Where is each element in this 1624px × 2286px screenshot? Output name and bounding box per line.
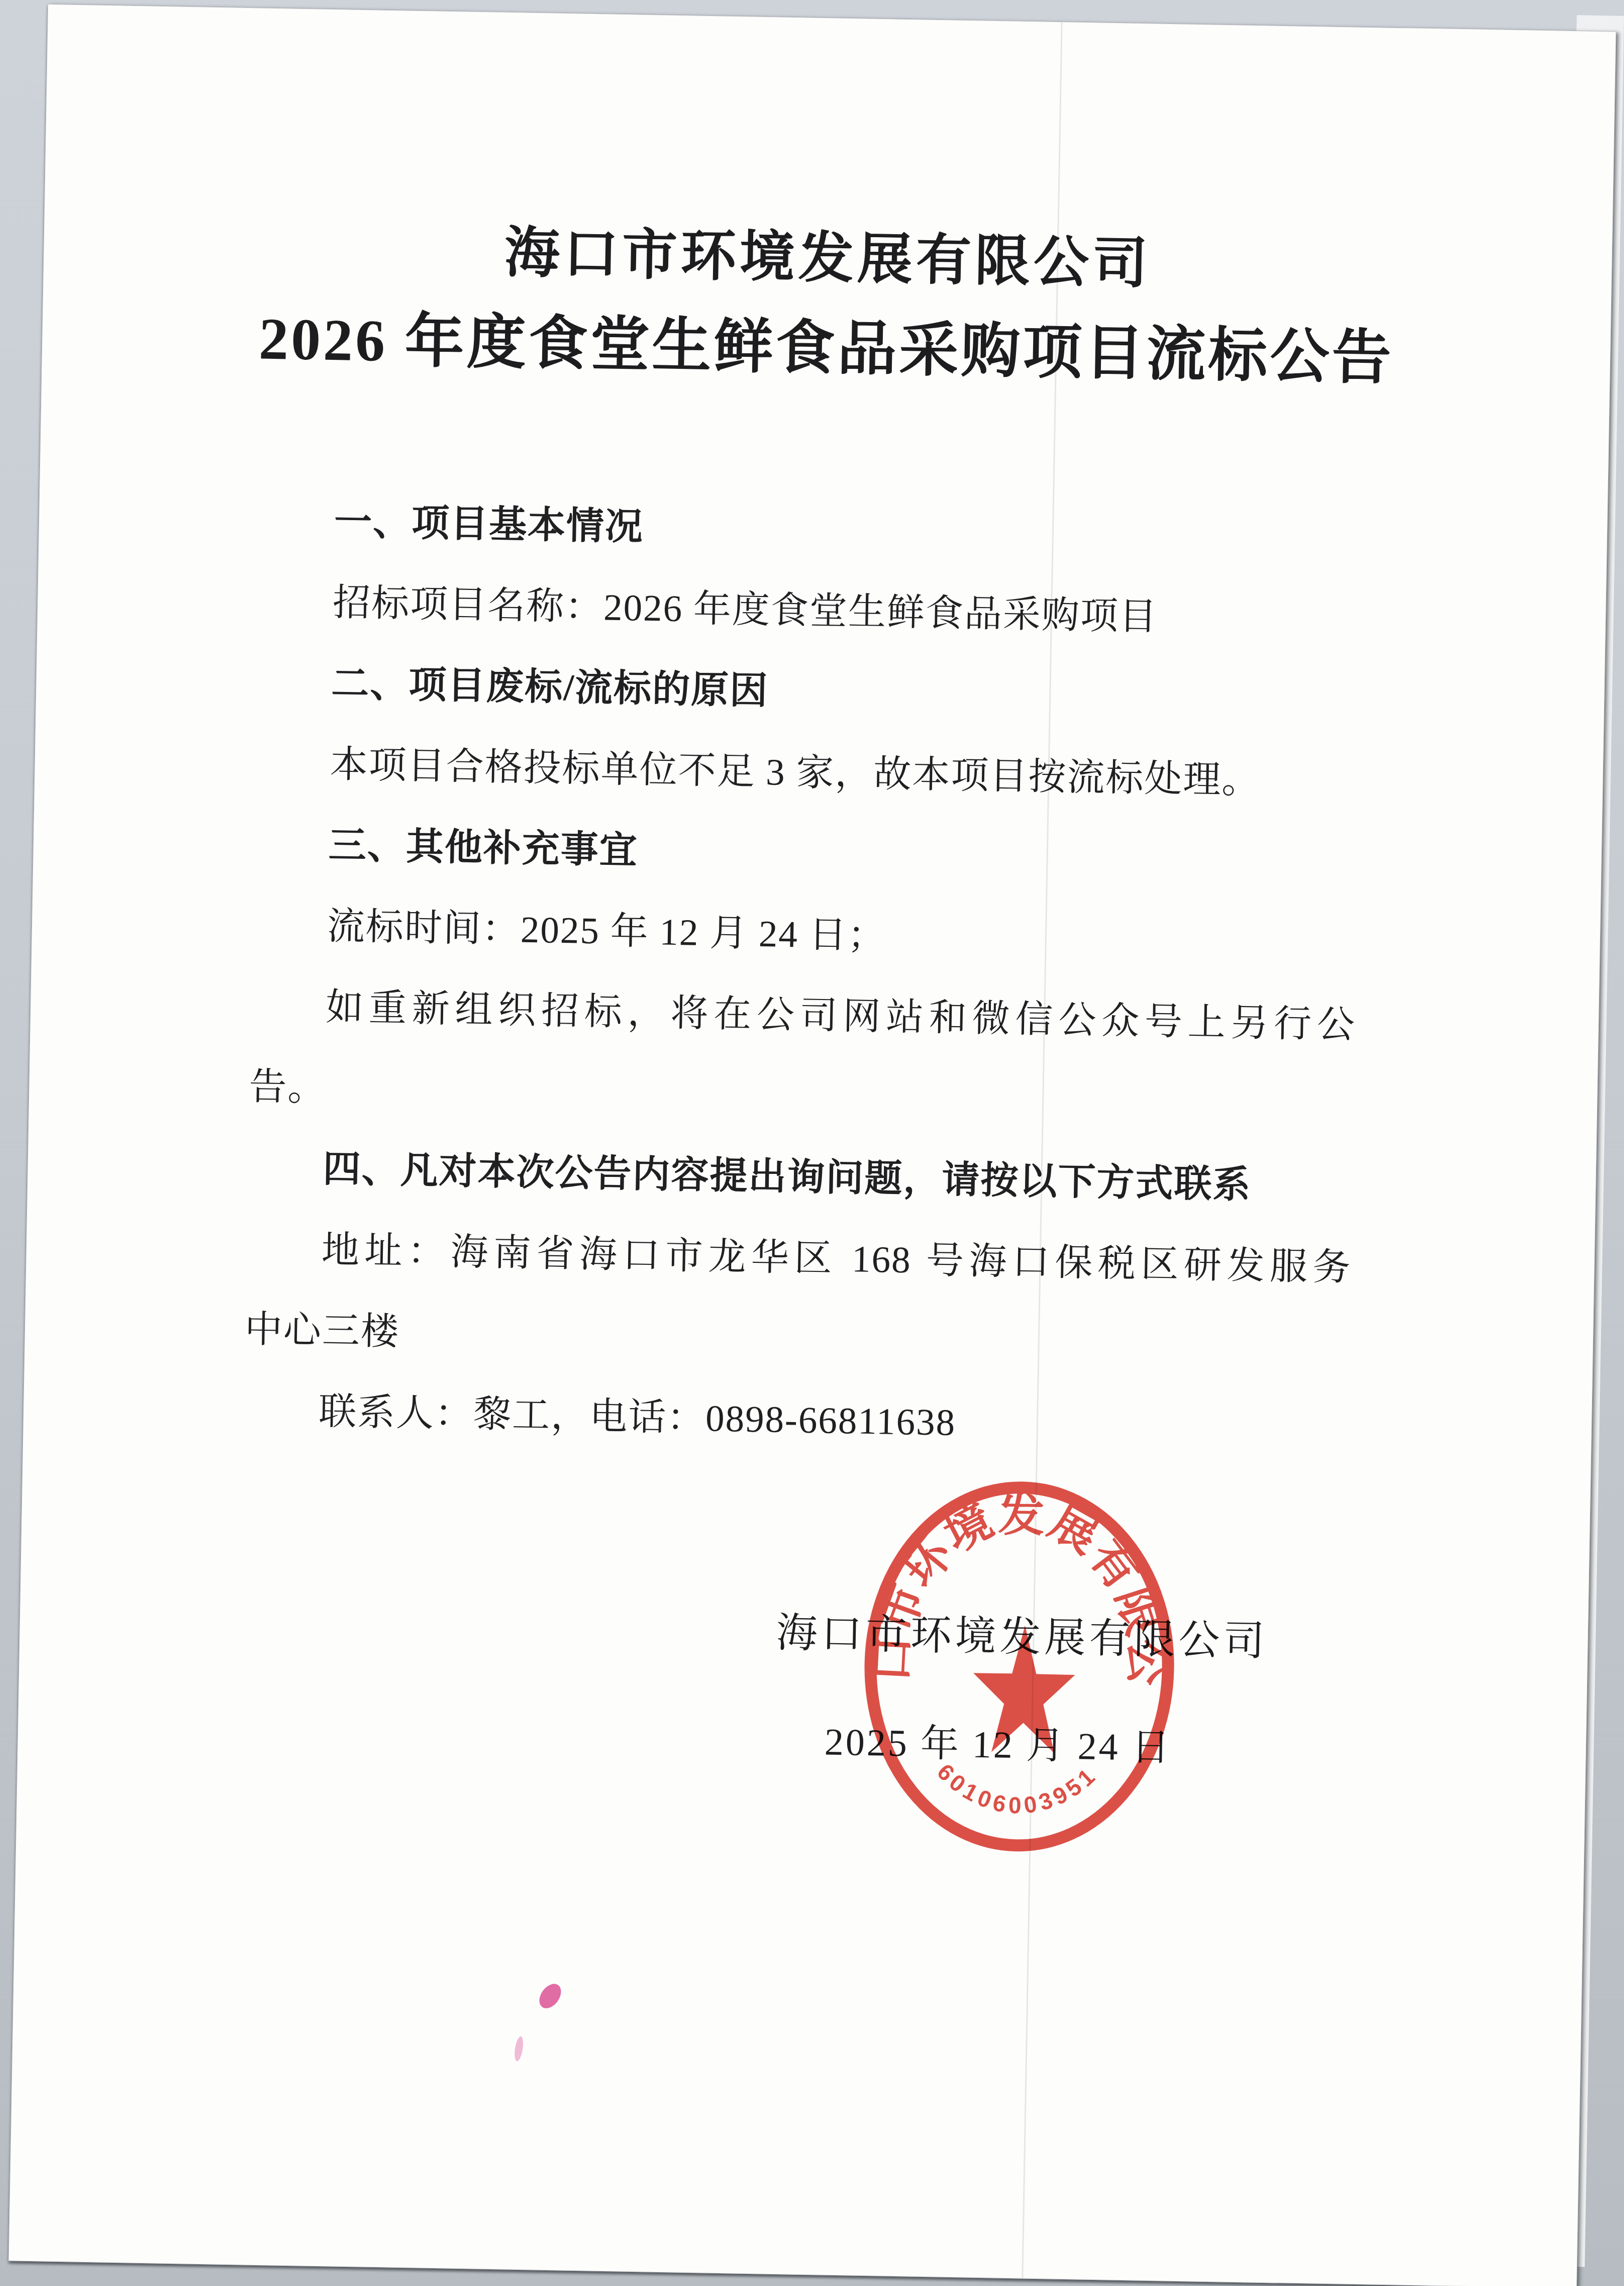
document-page: 海口市环境发展有限公司 2026 年度食堂生鲜食品采购项目流标公告 一、项目基本… bbox=[9, 4, 1616, 2286]
scan-background: { "document": { "title_line1": "海口市环境发展有… bbox=[0, 0, 1624, 2286]
company-seal: 海口市环境发展有限公司 4601060039510 bbox=[850, 1468, 1189, 1865]
document-title: 2026 年度食堂生鲜食品采购项目流标公告 bbox=[42, 297, 1610, 401]
document-body: 一、项目基本情况招标项目名称：2026 年度食堂生鲜食品采购项目二、项目废标/流… bbox=[243, 480, 1365, 1470]
ink-smudge bbox=[535, 1980, 566, 2013]
svg-text:海口市环境发展有限公司: 海口市环境发展有限公司 bbox=[850, 1468, 1177, 1688]
company-title: 海口市环境发展有限公司 bbox=[43, 210, 1612, 307]
seal-company-text: 海口市环境发展有限公司 bbox=[850, 1468, 1177, 1688]
ink-smudge bbox=[513, 2036, 525, 2062]
seal-star-icon bbox=[972, 1625, 1076, 1754]
